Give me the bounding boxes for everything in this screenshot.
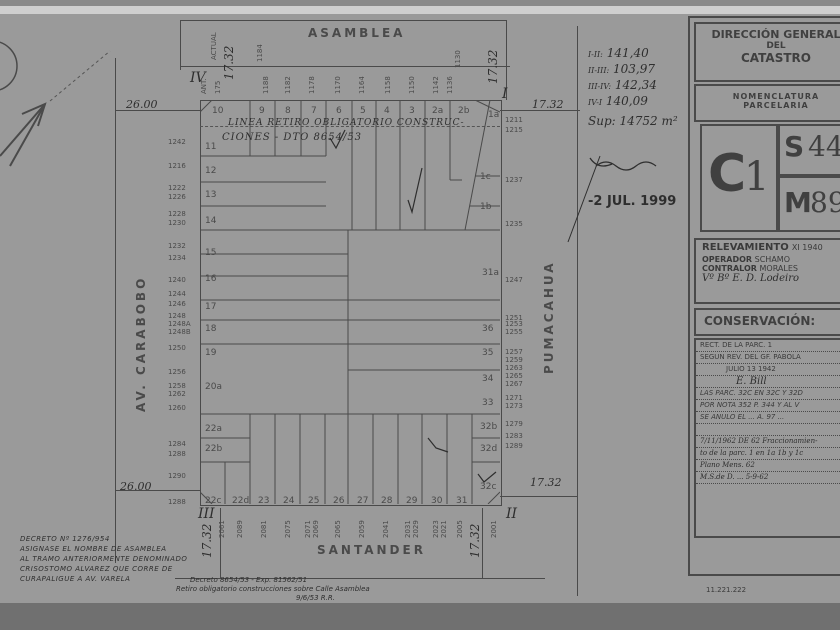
corner-marker-i: I: [502, 86, 508, 102]
sheet-top-edge: [0, 6, 840, 14]
record-line: JULIO 13 1942: [696, 364, 840, 376]
lot-6: 6: [336, 106, 342, 116]
addr: 1182: [284, 76, 293, 94]
lot-7: 7: [311, 106, 317, 116]
corner-marker-ii: II: [506, 506, 517, 522]
nomenclatura-box: NOMENCLATURA PARCELARIA: [694, 84, 840, 122]
addr: 1267: [505, 380, 523, 389]
lot-26: 26: [333, 496, 344, 506]
addr: 1184: [256, 44, 265, 62]
addr: 1215: [505, 126, 523, 135]
dim-south-right: 17.32: [468, 524, 482, 558]
record-line: SEGUN REV. DEL GF. PABOLA: [696, 352, 840, 364]
west-street-line: [115, 58, 116, 563]
header-line: DEL: [696, 41, 840, 51]
circ-letter: C: [708, 144, 746, 204]
addr: 1273: [505, 402, 523, 411]
conservacion-records: RECT. DE LA PARC. 1 SEGUN REV. DEL GF. P…: [694, 338, 840, 538]
lot-32d: 32d: [480, 444, 497, 454]
addr: 1262: [168, 390, 186, 399]
addr: 1230: [168, 219, 186, 228]
date-stamp: -2 JUL. 1999: [588, 194, 676, 209]
lot-8: 8: [285, 106, 291, 116]
addr: 1232: [168, 242, 186, 251]
lot-28: 28: [381, 496, 392, 506]
addr: 2069: [312, 520, 321, 538]
lot-5: 5: [360, 106, 366, 116]
east-street-line: [577, 26, 578, 596]
seccion-value: 44: [808, 130, 840, 163]
lot-10: 10: [212, 106, 223, 116]
lot-4: 4: [384, 106, 390, 116]
addr: 2021: [440, 520, 449, 538]
addr: 1235: [505, 220, 523, 229]
lot-34: 34: [482, 374, 493, 384]
measure-iv-i: IV-I 140,09: [588, 94, 678, 110]
lot-2b: 2b: [458, 106, 469, 116]
cadastral-sheet: 10 9 8 7 6 5 4 3 2a 2b 1a 11 12 13 14 15…: [0, 6, 840, 606]
addr: 1178: [308, 76, 317, 94]
lot-27: 27: [357, 496, 368, 506]
relevamiento-label: RELEVAMIENTO: [702, 242, 789, 253]
conservacion-box: CONSERVACIÓN:: [694, 308, 840, 336]
vb-label: Vº Bº: [702, 273, 729, 284]
seccion-box: S 44: [778, 124, 840, 176]
sheet-bottom-edge: [0, 603, 840, 630]
lot-22d: 22d: [232, 496, 249, 506]
label: II-III:: [588, 66, 609, 75]
addr: 1211: [505, 116, 523, 125]
lot-31: 31: [456, 496, 467, 506]
lot-11: 11: [205, 142, 216, 152]
addr: 1279: [505, 420, 523, 429]
bottom-note-line: 9/6/53 R.R.: [176, 594, 370, 603]
north-street-line: [180, 20, 506, 21]
addr: 1248B: [168, 328, 191, 337]
addr: 1237: [505, 176, 523, 185]
record-line: SE ANULO EL ... A. 97 ...: [696, 412, 840, 424]
dim-west-top: 26.00: [126, 98, 158, 111]
addr: 1164: [358, 76, 367, 94]
street-north: ASAMBLEA: [308, 26, 405, 40]
measure-i-ii: I-II: 141,40: [588, 46, 678, 62]
north-left-line: [180, 20, 181, 70]
retiro-annotation-line-1: LINEA RETIRO OBLIGATORIO CONSTRUC-: [228, 118, 465, 128]
addr: 2065: [334, 520, 343, 538]
lot-32b: 32b: [480, 422, 497, 432]
addr: 2075: [284, 520, 293, 538]
label: IV-I: [588, 98, 602, 107]
record-line: LAS PARC. 32C EN 32C Y 32D: [696, 388, 840, 400]
addr: 1136: [446, 76, 455, 94]
addr: 1240: [168, 276, 186, 285]
decreto-line: CURAPALIGUE A AV. VARELA: [20, 574, 187, 584]
addr: ACTUAL: [210, 32, 219, 60]
lot-15: 15: [205, 248, 216, 258]
street-east: PUMACAHUA: [542, 260, 556, 374]
relevamiento-value: XI 1940: [792, 243, 823, 252]
contralor-label: CONTRALOR: [702, 264, 757, 273]
addr: 1255: [505, 328, 523, 337]
label: III-IV:: [588, 82, 611, 91]
addr: 1246: [168, 300, 186, 309]
addr: 1289: [505, 442, 523, 451]
bottom-note-line: Decreto 8654/53 - Exp. 81562/51: [176, 576, 370, 585]
record-line: 7/11/1962 DE 62 Fraccionamien-: [696, 436, 840, 448]
side-measurements: I-II: 141,40 II-III: 103,97 III-IV: 142,…: [588, 46, 678, 129]
circ-value: 1: [744, 154, 769, 200]
value: 142,34: [615, 78, 657, 92]
lot-13: 13: [205, 190, 216, 200]
addr: 1284: [168, 440, 186, 449]
addr: 2005: [456, 520, 465, 538]
addr: 1188: [262, 76, 271, 94]
bottom-note-line: Retiro obligatorio construcciones sobre …: [176, 585, 370, 594]
retiro-annotation-line-2: CIONES - DTO 8654/53: [222, 132, 362, 143]
decreto-title: DECRETO Nº 1276/954: [20, 534, 187, 544]
lot-3: 3: [409, 106, 415, 116]
lot-1b: 1b: [480, 202, 491, 212]
addr: 175: [214, 81, 223, 94]
addr: 1158: [384, 76, 393, 94]
addr: 1142: [432, 76, 441, 94]
addr: 2081: [260, 520, 269, 538]
operador-label: OPERADOR: [702, 255, 752, 264]
lot-23: 23: [258, 496, 269, 506]
addr: 1150: [408, 76, 417, 94]
lot-22a: 22a: [205, 424, 222, 434]
lot-32c: 32c: [480, 482, 496, 492]
dim-west-bottom: 26.00: [120, 480, 152, 493]
lot-33: 33: [482, 398, 493, 408]
decreto-line: AL TRAMO ANTERIORMENTE DENOMINADO: [20, 554, 187, 564]
record-line: RECT. DE LA PARC. 1: [696, 340, 840, 352]
lot-1c: 1c: [480, 172, 491, 182]
relevamiento-box: RELEVAMIENTO XI 1940 OPERADOR SCHAMO CON…: [694, 238, 840, 304]
lot-9: 9: [259, 106, 265, 116]
lot-16: 16: [205, 274, 216, 284]
dim-east-top: 17.32: [532, 98, 564, 111]
addr: 1130: [454, 50, 463, 68]
lot-22b: 22b: [205, 444, 222, 454]
dim-north-right: 17.32: [486, 50, 500, 84]
north-arrow-icon: [0, 26, 120, 186]
addr: 1170: [334, 76, 343, 94]
record-line: to de la parc. 1 en 1a 1b y 1c: [696, 448, 840, 460]
addr: 2001: [490, 520, 499, 538]
vb-row: Vº Bº E. D. Lodeiro: [696, 273, 840, 284]
addr: 2029: [412, 520, 421, 538]
corner-marker-iv: IV: [190, 70, 206, 86]
circunscripcion-box: C 1: [700, 124, 778, 232]
label: Sup:: [588, 114, 616, 128]
header-line: CATASTRO: [696, 51, 840, 65]
manzana-letter: M: [784, 186, 812, 219]
conservacion-label: CONSERVACIÓN:: [696, 310, 840, 332]
lot-19: 19: [205, 348, 216, 358]
operador-value: SCHAMO: [755, 255, 790, 264]
street-west: AV. CARABOBO: [134, 276, 148, 412]
lot-17: 17: [205, 302, 216, 312]
addr: 1242: [168, 138, 186, 147]
measure-iii-iv: III-IV: 142,34: [588, 78, 678, 94]
addr: 1247: [505, 276, 523, 285]
decreto-note: DECRETO Nº 1276/954 ASIGNASE EL NOMBRE D…: [20, 534, 187, 584]
dim-south-left: 17.32: [200, 524, 214, 558]
dim-north-left: 17.32: [222, 46, 236, 80]
addr: 2041: [382, 520, 391, 538]
addr: 2059: [358, 520, 367, 538]
value: 103,97: [613, 62, 655, 76]
measure-surface: Sup: 14752 m²: [588, 114, 678, 129]
addr: 1216: [168, 162, 186, 171]
addr: 1244: [168, 290, 186, 299]
lot-31a: 31a: [482, 268, 499, 278]
addr: 1250: [168, 344, 186, 353]
contralor-value: MORALES: [760, 264, 799, 273]
dim-east-bottom: 17.32: [530, 476, 562, 489]
nomenclatura-line: PARCELARIA: [696, 101, 840, 110]
catastro-panel: DIRECCIÓN GENERAL DEL CATASTRO NOMENCLAT…: [688, 16, 840, 576]
manzana-value: 89: [810, 186, 840, 219]
lot-12: 12: [205, 166, 216, 176]
contralor-row: CONTRALOR MORALES: [696, 264, 840, 273]
record-signature: E. Bill: [696, 376, 840, 388]
east-bottom-dim-line: [500, 496, 577, 497]
measure-ii-iii: II-III: 103,97: [588, 62, 678, 78]
decreto-line: ASIGNASE EL NOMBRE DE ASAMBLEA: [20, 544, 187, 554]
addr: 1290: [168, 472, 186, 481]
lot-20a: 20a: [205, 382, 222, 392]
lot-1a: 1a: [488, 110, 499, 120]
decreto-line: CRISOSTOMO ALVAREZ QUE CORRE DE: [20, 564, 187, 574]
header-line: DIRECCIÓN GENERAL: [696, 28, 840, 41]
addr: 2061: [218, 520, 227, 538]
addr: 1288: [168, 450, 186, 459]
addr: 1256: [168, 368, 186, 377]
addr: 1228: [168, 210, 186, 219]
addr: 1260: [168, 404, 186, 413]
addr: 1222: [168, 184, 186, 193]
nomenclatura-line: NOMENCLATURA: [696, 92, 840, 101]
value: 140,09: [606, 94, 648, 108]
street-south: SANTANDER: [317, 543, 426, 557]
lot-25: 25: [308, 496, 319, 506]
plan-reference: 11.221.222: [706, 586, 746, 594]
value: 141,40: [607, 46, 649, 60]
lot-36: 36: [482, 324, 493, 334]
lot-35: 35: [482, 348, 493, 358]
record-line: M.S.de D. ... 5-9-62: [696, 472, 840, 484]
operador-row: OPERADOR SCHAMO: [696, 255, 840, 264]
bottom-note: Decreto 8654/53 - Exp. 81562/51 Retiro o…: [176, 576, 370, 603]
manzana-box: M 89: [778, 176, 840, 232]
addr: 1226: [168, 193, 186, 202]
block-lot-grid: [200, 100, 500, 504]
lot-29: 29: [406, 496, 417, 506]
lot-22c: 22c: [205, 496, 221, 506]
record-line: Plano Mens. 62: [696, 460, 840, 472]
lot-30: 30: [431, 496, 442, 506]
lot-24: 24: [283, 496, 294, 506]
vb-value: E. D. Lodeiro: [732, 273, 799, 284]
lot-2a: 2a: [432, 106, 443, 116]
catastro-header-box: DIRECCIÓN GENERAL DEL CATASTRO: [694, 22, 840, 82]
addr: 1283: [505, 432, 523, 441]
relevamiento-row: RELEVAMIENTO XI 1940: [696, 240, 840, 255]
addr: 2089: [236, 520, 245, 538]
lot-18: 18: [205, 324, 216, 334]
record-line: POR NOTA 352 P. 344 Y AL V: [696, 400, 840, 412]
seccion-letter: S: [784, 130, 804, 163]
corner-marker-iii: III: [198, 506, 215, 522]
addr: 1234: [168, 254, 186, 263]
lot-14: 14: [205, 216, 216, 226]
value: 14752 m²: [620, 114, 678, 128]
addr: 1288: [168, 498, 186, 507]
label: I-II:: [588, 50, 603, 59]
